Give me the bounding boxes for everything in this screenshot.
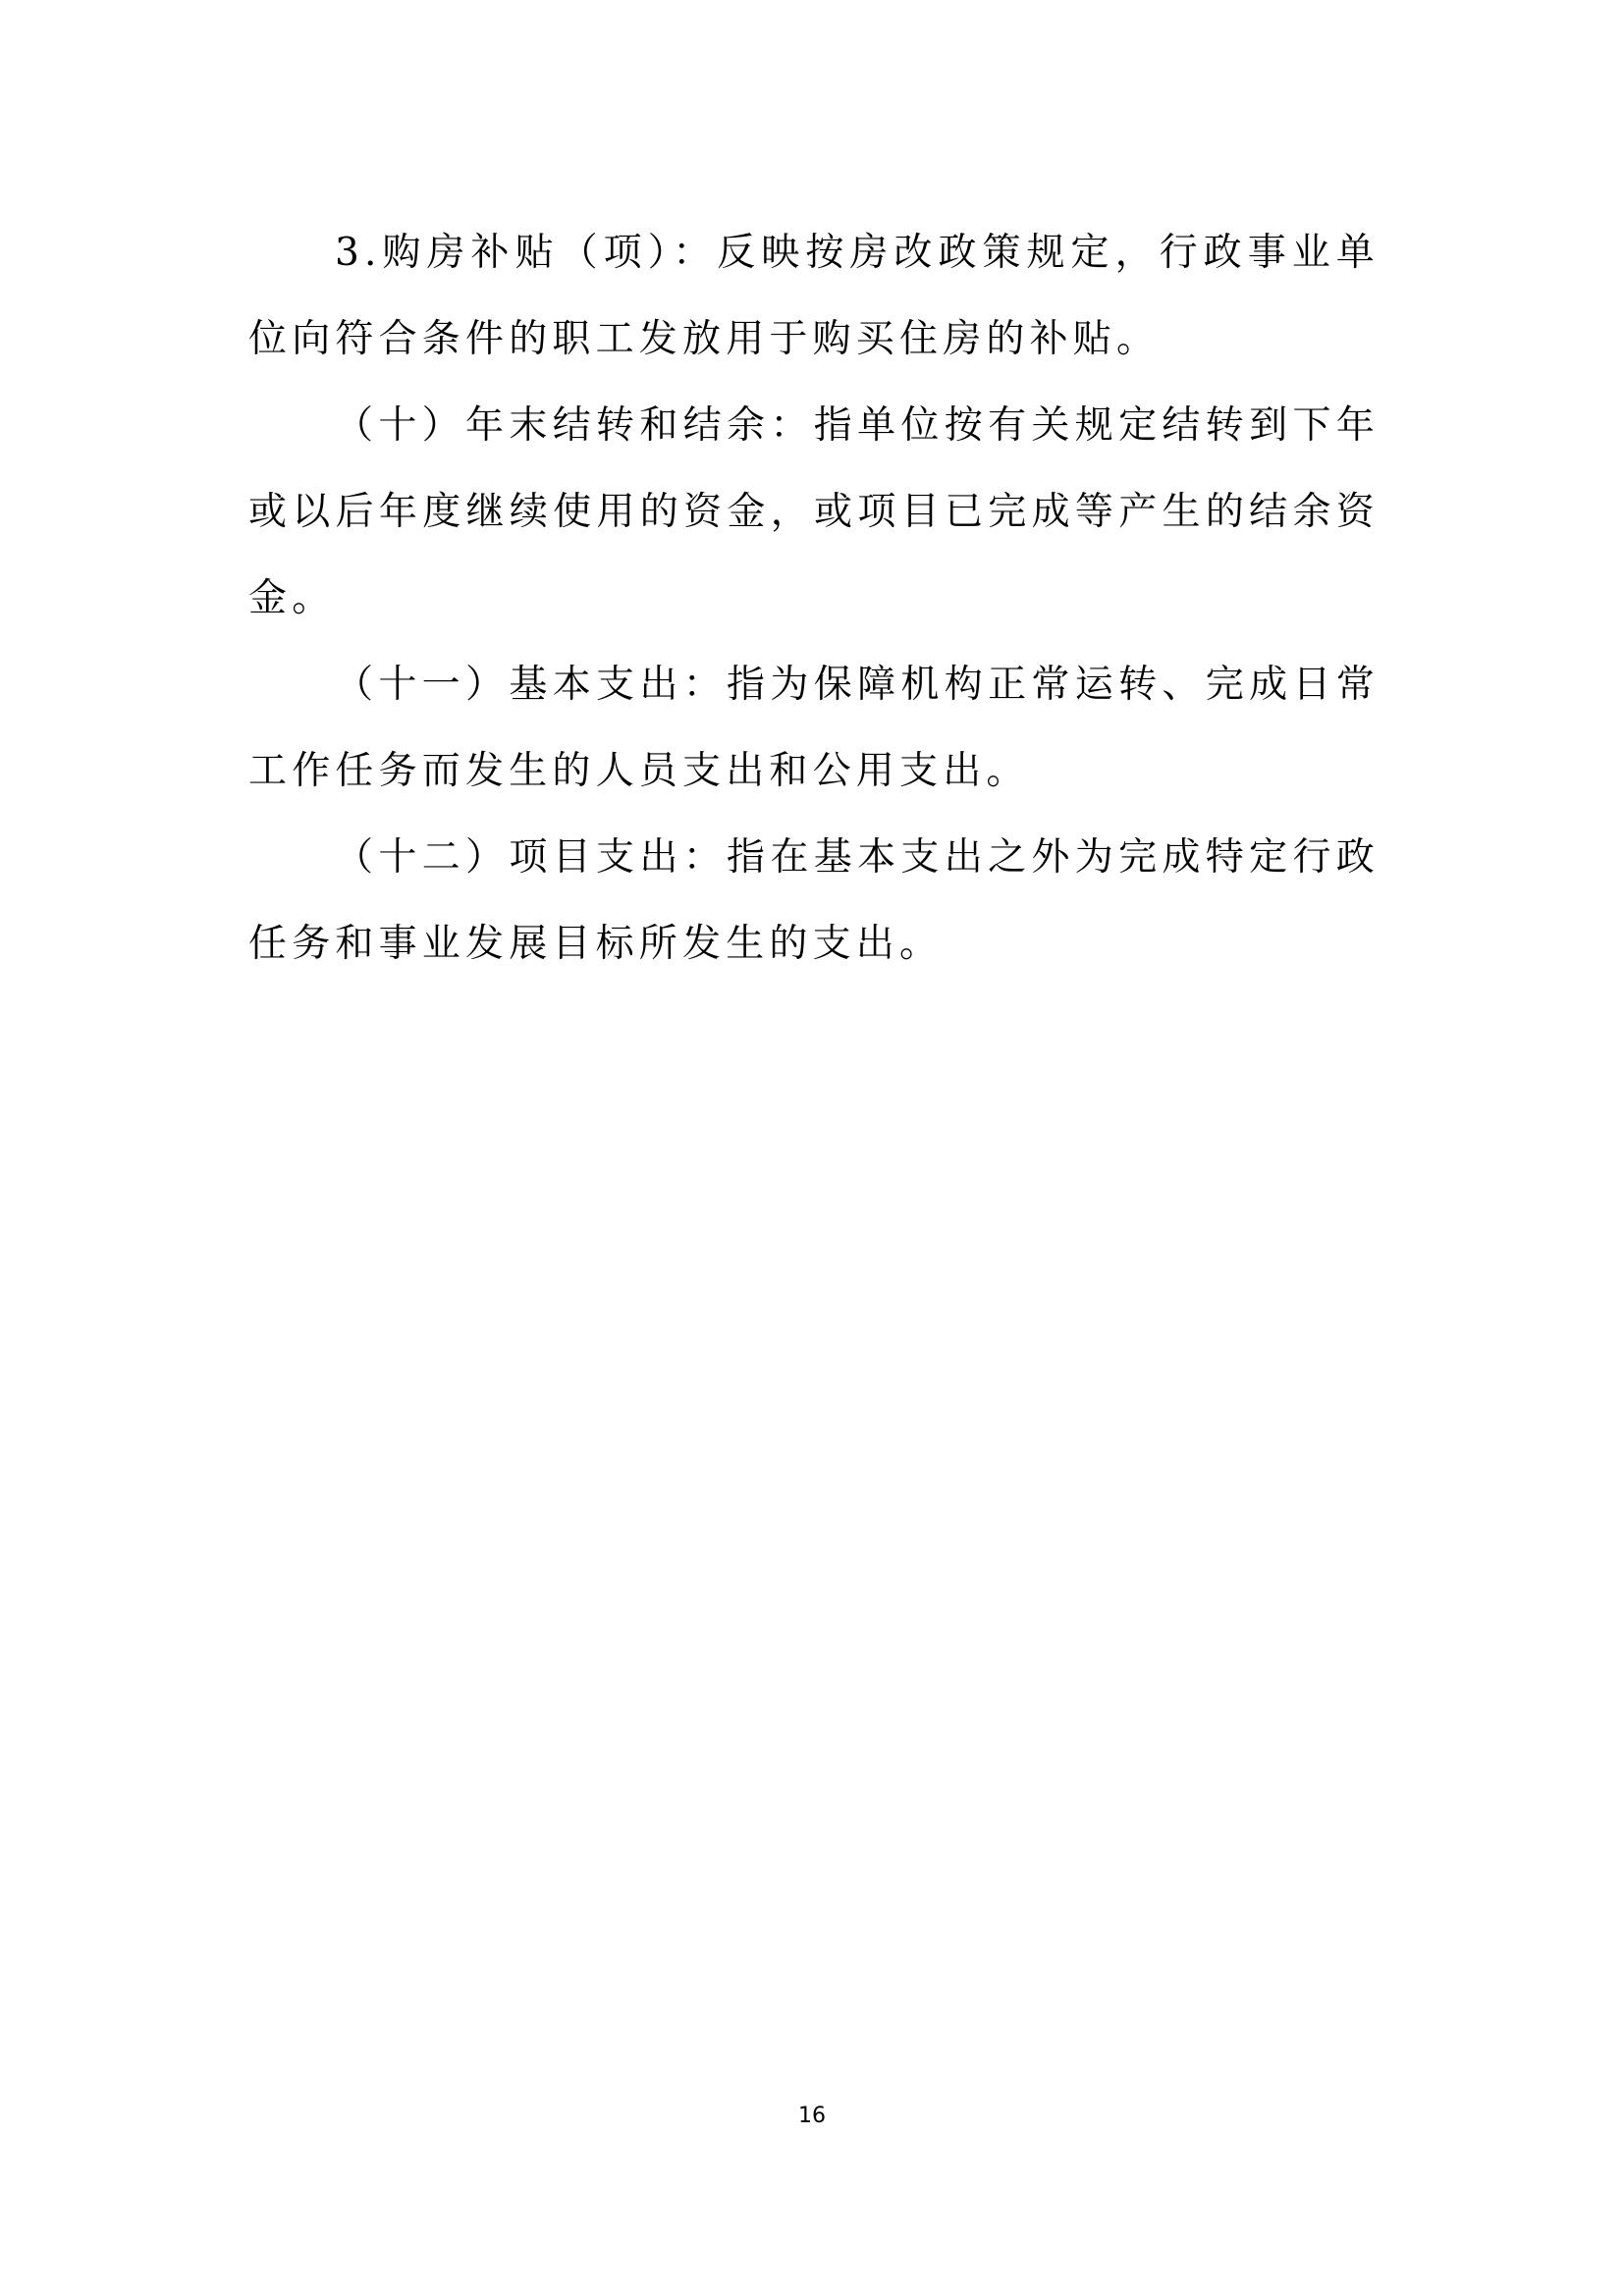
paragraph-basic-expenditure: （十一）基本支出：指为保障机构正常运转、完成日常工作任务而发生的人员支出和公用支… (248, 642, 1380, 815)
paragraph-year-end-carryover: （十）年末结转和结余：指单位按有关规定结转到下年或以后年度继续使用的资金，或项目… (248, 383, 1380, 642)
page-number: 16 (0, 2103, 1624, 2130)
document-body: 3.购房补贴（项）：反映按房改政策规定，行政事业单位向符合条件的职工发放用于购买… (248, 210, 1380, 988)
document-page: 3.购房补贴（项）：反映按房改政策规定，行政事业单位向符合条件的职工发放用于购买… (0, 0, 1624, 2296)
paragraph-housing-subsidy: 3.购房补贴（项）：反映按房改政策规定，行政事业单位向符合条件的职工发放用于购买… (248, 210, 1380, 383)
paragraph-project-expenditure: （十二）项目支出：指在基本支出之外为完成特定行政任务和事业发展目标所发生的支出。 (248, 815, 1380, 988)
